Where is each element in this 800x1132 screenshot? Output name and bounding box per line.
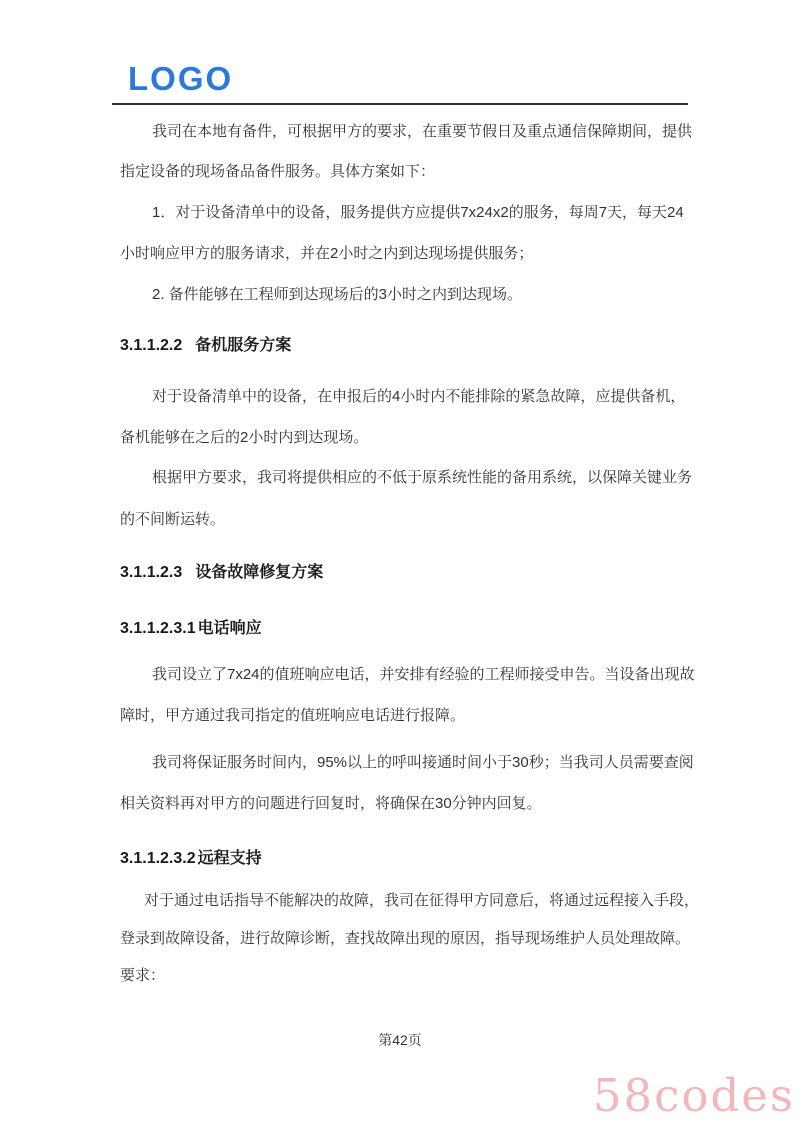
header-divider-line xyxy=(112,103,688,105)
section-heading-fault-repair: 3.1.1.2.3设备故障修复方案 xyxy=(120,562,720,583)
section-heading-backup-machine: 3.1.1.2.2备机服务方案 xyxy=(120,335,720,356)
heading-title: 电话响应 xyxy=(198,620,262,637)
list-item-line: 1．对于设备清单中的设备，服务提供方应提供7x24x2的服务，每周7天，每天24 xyxy=(120,203,720,223)
paragraph-line: 我司在本地有备件，可根据甲方的要求，在重要节假日及重点通信保障期间，提供 xyxy=(120,122,720,142)
heading-title: 备机服务方案 xyxy=(195,337,291,354)
section-heading-phone-response: 3.1.1.2.3.1电话响应 xyxy=(120,618,720,639)
heading-title: 远程支持 xyxy=(198,850,262,867)
paragraph-line: 障时，甲方通过我司指定的值班响应电话进行报障。 xyxy=(120,706,720,726)
document-page: LOGO 我司在本地有备件，可根据甲方的要求，在重要节假日及重点通信保障期间，提… xyxy=(0,0,800,1132)
paragraph-line: 我司设立了7x24的值班响应电话，并安排有经验的工程师接受申告。当设备出现故 xyxy=(120,665,720,685)
heading-number: 3.1.1.2.3.1 xyxy=(120,620,196,637)
page-number: 第42页 xyxy=(0,1031,800,1050)
paragraph-line: 要求： xyxy=(120,966,720,986)
paragraph-line: 我司将保证服务时间内，95%以上的呼叫接通时间小于30秒；当我司人员需要查阅 xyxy=(120,753,720,773)
paragraph-line: 相关资料再对甲方的问题进行回复时，将确保在30分钟内回复。 xyxy=(120,794,720,814)
heading-number: 3.1.1.2.3.2 xyxy=(120,850,196,867)
paragraph-line: 对于设备清单中的设备，在申报后的4小时内不能排除的紧急故障，应提供备机， xyxy=(120,387,720,407)
list-item-line: 2. 备件能够在工程师到达现场后的3小时之内到达现场。 xyxy=(120,285,720,305)
company-logo: LOGO xyxy=(128,60,233,98)
paragraph-line: 备机能够在之后的2小时内到达现场。 xyxy=(120,428,720,448)
heading-title: 设备故障修复方案 xyxy=(195,564,323,581)
paragraph-line: 根据甲方要求，我司将提供相应的不低于原系统性能的备用系统，以保障关键业务 xyxy=(120,468,720,488)
watermark-text: 58codes xyxy=(593,1068,795,1124)
paragraph-line: 对于通过电话指导不能解决的故障，我司在征得甲方同意后，将通过远程接入手段， xyxy=(120,891,720,911)
paragraph-line: 指定设备的现场备品备件服务。具体方案如下： xyxy=(120,162,720,182)
paragraph-line: 登录到故障设备，进行故障诊断，查找故障出现的原因，指导现场维护人员处理故障。 xyxy=(120,929,720,949)
section-heading-remote-support: 3.1.1.2.3.2远程支持 xyxy=(120,848,720,869)
heading-number: 3.1.1.2.3 xyxy=(120,564,182,581)
paragraph-line: 的不间断运转。 xyxy=(120,510,720,530)
list-item-line: 小时响应甲方的服务请求，并在2小时之内到达现场提供服务； xyxy=(120,244,720,264)
heading-number: 3.1.1.2.2 xyxy=(120,337,182,354)
